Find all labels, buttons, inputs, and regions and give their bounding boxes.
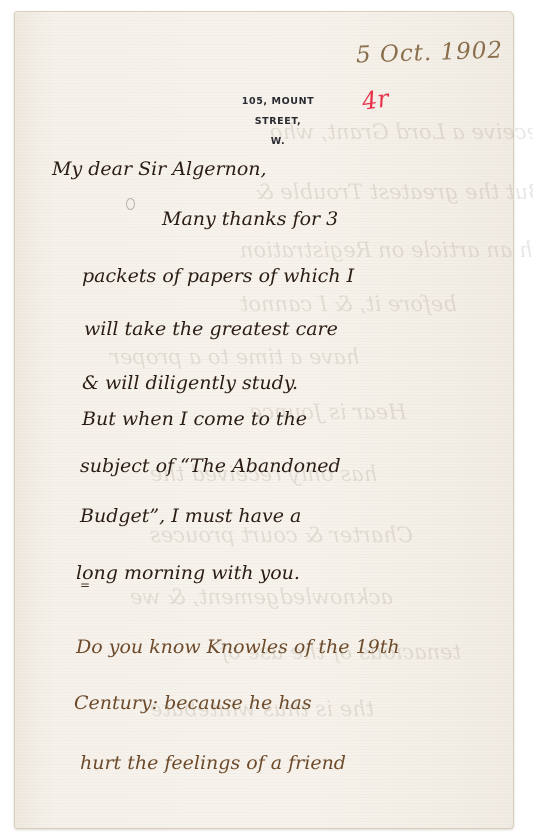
bleed-through-text: have a time to a proper	[110, 345, 359, 369]
body-line: But when I come to the	[82, 408, 307, 430]
body-line-text: Do you know Knowles of the 19th	[76, 636, 400, 658]
body-line: Do you know Knowles of the 19th	[76, 636, 400, 658]
body-line: packets of papers of which I	[82, 265, 354, 287]
body-line: Budget”, I must have a	[80, 505, 301, 527]
red-catalog-mark: 4r	[360, 84, 390, 115]
body-line: Many thanks for 3	[162, 208, 338, 230]
letterhead-district: W.	[222, 132, 334, 152]
bleed-through-text: before it, & I cannot	[240, 292, 457, 316]
salutation: My dear Sir Algernon,	[52, 158, 267, 180]
bleed-through-text: But the greatest Trouble &	[255, 180, 533, 204]
body-line: hurt the feelings of a friend	[80, 752, 346, 774]
date-annotation: 5 Oct. 1902	[356, 37, 504, 68]
body-line: Century: because he has	[74, 692, 312, 714]
body-line: & will diligently study.	[82, 372, 298, 394]
pencil-circle-mark	[126, 198, 135, 210]
paragraph-mark: =	[80, 578, 90, 592]
letterhead-street: 105, MOUNT STREET,	[222, 92, 334, 132]
body-line: long morning with you.	[76, 562, 300, 584]
bleed-through-text: with an article on Registration	[240, 238, 533, 262]
bleed-through-text: acknowledgement, & we	[130, 585, 393, 609]
letterhead: 105, MOUNT STREET, W.	[222, 92, 334, 152]
body-line: will take the greatest care	[84, 318, 338, 340]
body-line: subject of “The Abandoned	[80, 455, 341, 477]
